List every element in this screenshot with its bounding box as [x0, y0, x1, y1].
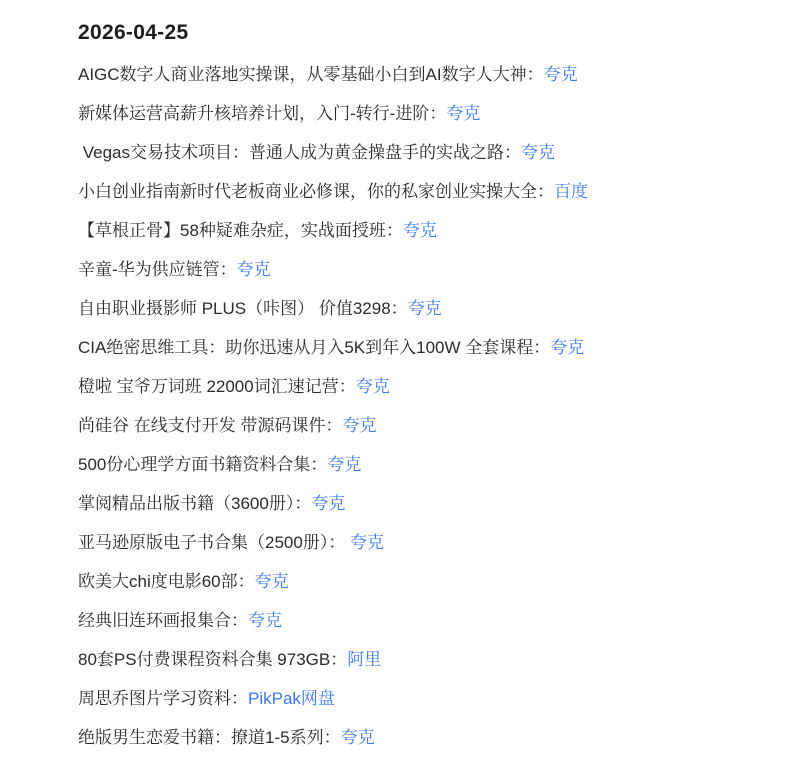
list-item: 新媒体运营高薪升核培养计划，入门-转行-进阶：夸克 — [78, 94, 760, 133]
list-item: 自由职业摄影师 PLUS（咔图） 价值3298：夸克 — [78, 289, 760, 328]
item-text: 掌阅精品出版书籍（3600册）： — [78, 494, 311, 513]
item-link[interactable]: 夸克 — [237, 260, 271, 279]
item-link[interactable]: 夸克 — [311, 494, 345, 513]
list-item: Vegas交易技术项目：普通人成为黄金操盘手的实战之路：夸克 — [78, 133, 760, 172]
page-title: 2026-04-25 — [78, 19, 760, 46]
list-item: 周思乔图片学习资料：PikPak网盘 — [78, 679, 760, 718]
item-text: 经典旧连环画报集合： — [78, 611, 248, 630]
list-item: 尚硅谷 在线支付开发 带源码课件：夸克 — [78, 406, 760, 445]
list-item: 绝版男生恋爱书籍：撩道1-5系列：夸克 — [78, 718, 760, 757]
item-link[interactable]: 夸克 — [550, 338, 584, 357]
item-text: 小白创业指南新时代老板商业必修课，你的私家创业实操大全： — [78, 182, 554, 201]
item-text: CIA绝密思维工具：助你迅速从月入5K到年入100W 全套课程： — [78, 338, 550, 357]
item-text: Vegas交易技术项目：普通人成为黄金操盘手的实战之路： — [78, 143, 521, 162]
item-link[interactable]: PikPak网盘 — [248, 689, 335, 708]
list-item: AIGC数字人商业落地实操课，从零基础小白到AI数字人大神：夸克 — [78, 55, 760, 94]
item-text: 绝版男生恋爱书籍：撩道1-5系列： — [78, 728, 341, 747]
list-item: 小白创业指南新时代老板商业必修课，你的私家创业实操大全：百度 — [78, 172, 760, 211]
item-link[interactable]: 夸克 — [408, 299, 442, 318]
list-item: 亚马逊原版电子书合集（2500册）： 夸克 — [78, 523, 760, 562]
content-page: 2026-04-25 AIGC数字人商业落地实操课，从零基础小白到AI数字人大神… — [0, 0, 800, 768]
item-link[interactable]: 夸克 — [544, 65, 578, 84]
item-text: 周思乔图片学习资料： — [78, 689, 248, 708]
item-link[interactable]: 夸克 — [341, 728, 375, 747]
item-text: 80套PS付费课程资料合集 973GB： — [78, 650, 347, 669]
item-link[interactable]: 夸克 — [521, 143, 555, 162]
list-item: 80套PS付费课程资料合集 973GB：阿里 — [78, 640, 760, 679]
item-text: 亚马逊原版电子书合集（2500册）： — [78, 533, 350, 552]
item-text: 新媒体运营高薪升核培养计划，入门-转行-进阶： — [78, 104, 446, 123]
list-item: 橙啦 宝爷万词班 22000词汇速记营：夸克 — [78, 367, 760, 406]
item-link[interactable]: 阿里 — [347, 650, 381, 669]
list-item: 辛童-华为供应链管：夸克 — [78, 250, 760, 289]
item-text: 尚硅谷 在线支付开发 带源码课件： — [78, 416, 342, 435]
list-item: 500份心理学方面书籍资料合集：夸克 — [78, 445, 760, 484]
item-link[interactable]: 夸克 — [350, 533, 384, 552]
item-link[interactable]: 夸克 — [446, 104, 480, 123]
resource-list: AIGC数字人商业落地实操课，从零基础小白到AI数字人大神：夸克 新媒体运营高薪… — [78, 55, 760, 757]
item-text: 橙啦 宝爷万词班 22000词汇速记营： — [78, 377, 356, 396]
item-link[interactable]: 夸克 — [255, 572, 289, 591]
item-text: 【草根正骨】58种疑难杂症，实战面授班： — [78, 221, 403, 240]
item-link[interactable]: 夸克 — [327, 455, 361, 474]
item-link[interactable]: 夸克 — [356, 377, 390, 396]
item-text: 自由职业摄影师 PLUS（咔图） 价值3298： — [78, 299, 408, 318]
list-item: 欧美大chi度电影60部：夸克 — [78, 562, 760, 601]
item-link[interactable]: 夸克 — [248, 611, 282, 630]
item-link[interactable]: 夸克 — [403, 221, 437, 240]
item-text: AIGC数字人商业落地实操课，从零基础小白到AI数字人大神： — [78, 65, 544, 84]
list-item: 【草根正骨】58种疑难杂症，实战面授班：夸克 — [78, 211, 760, 250]
list-item: 经典旧连环画报集合：夸克 — [78, 601, 760, 640]
list-item: 掌阅精品出版书籍（3600册）：夸克 — [78, 484, 760, 523]
item-link[interactable]: 百度 — [554, 182, 588, 201]
list-item: CIA绝密思维工具：助你迅速从月入5K到年入100W 全套课程：夸克 — [78, 328, 760, 367]
item-text: 辛童-华为供应链管： — [78, 260, 237, 279]
item-text: 500份心理学方面书籍资料合集： — [78, 455, 327, 474]
item-link[interactable]: 夸克 — [342, 416, 376, 435]
item-text: 欧美大chi度电影60部： — [78, 572, 255, 591]
